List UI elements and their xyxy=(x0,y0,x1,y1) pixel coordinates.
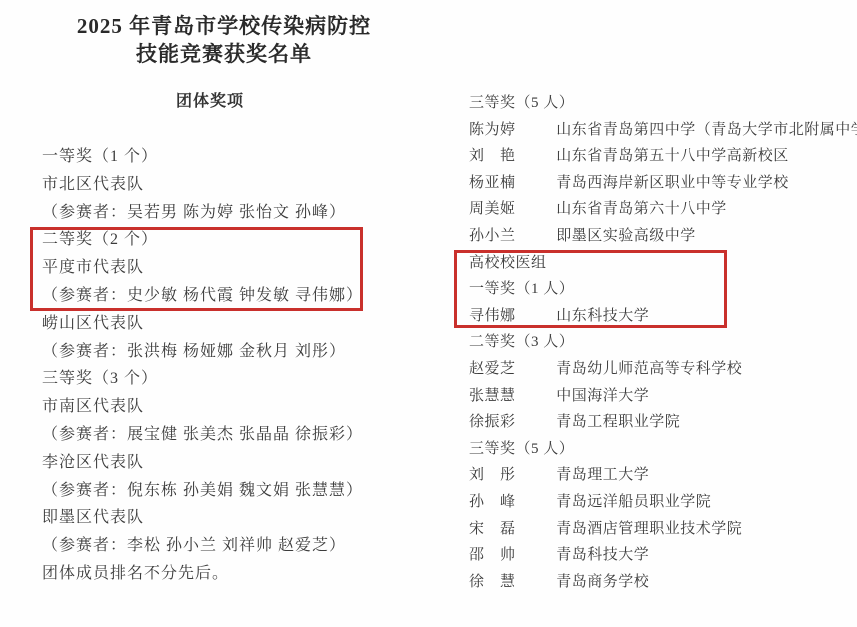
group-awards-column: 一等奖（1 个） 市北区代表队 （参赛者：吴若男 陈为婷 张怡文 孙峰） 二等奖… xyxy=(42,143,442,588)
team-line: 即墨区代表队 xyxy=(42,504,442,532)
winner-name: 徐振彩 xyxy=(469,409,552,436)
winner-name: 孙 峰 xyxy=(469,489,552,516)
winner-school: 青岛酒店管理职业技术学院 xyxy=(556,521,742,537)
winner-name: 刘 艳 xyxy=(469,143,552,170)
document-title-line1: 2025 年青岛市学校传染病防控 xyxy=(0,12,448,40)
award-tier-line: 一等奖（1 人） xyxy=(469,276,857,303)
document-page: 2025 年青岛市学校传染病防控 技能竞赛获奖名单 团体奖项 一等奖（1 个） … xyxy=(0,0,857,627)
winner-row: 邵 帅 青岛科技大学 xyxy=(469,542,857,569)
winner-row: 徐振彩 青岛工程职业学院 xyxy=(469,409,857,436)
winner-school: 青岛理工大学 xyxy=(556,467,649,483)
winner-name: 张慧慧 xyxy=(469,383,552,410)
award-tier-line: 二等奖（3 人） xyxy=(469,329,857,356)
winner-name: 陈为婷 xyxy=(469,117,552,144)
winner-row: 孙 峰 青岛远洋船员职业学院 xyxy=(469,489,857,516)
winner-school: 即墨区实验高级中学 xyxy=(556,228,696,244)
document-title-line2: 技能竞赛获奖名单 xyxy=(0,40,448,68)
winner-school: 山东省青岛第五十八中学高新校区 xyxy=(556,148,789,164)
winner-row: 张慧慧 中国海洋大学 xyxy=(469,383,857,410)
team-line: 崂山区代表队 xyxy=(42,310,442,338)
individual-awards-column: 三等奖（5 人） 陈为婷 山东省青岛第四中学（青岛大学市北附属中学） 刘 艳 山… xyxy=(469,90,857,595)
award-tier-line: 三等奖（3 个） xyxy=(42,365,442,393)
winner-row: 周美姬 山东省青岛第六十八中学 xyxy=(469,196,857,223)
award-tier-line: 二等奖（2 个） xyxy=(42,226,442,254)
winner-row: 宋 磊 青岛酒店管理职业技术学院 xyxy=(469,516,857,543)
group-awards-header: 团体奖项 xyxy=(42,88,378,111)
winner-school: 青岛商务学校 xyxy=(556,574,649,590)
team-line: 平度市代表队 xyxy=(42,254,442,282)
footnote-line: 团体成员排名不分先后。 xyxy=(42,560,442,588)
winner-row: 杨亚楠 青岛西海岸新区职业中等专业学校 xyxy=(469,170,857,197)
winner-row: 徐 慧 青岛商务学校 xyxy=(469,569,857,596)
winner-school: 青岛远洋船员职业学院 xyxy=(556,494,711,510)
winner-row: 赵爱芝 青岛幼儿师范高等专科学校 xyxy=(469,356,857,383)
winner-school: 青岛工程职业学院 xyxy=(556,414,680,430)
winner-row: 孙小兰 即墨区实验高级中学 xyxy=(469,223,857,250)
award-tier-line: 一等奖（1 个） xyxy=(42,143,442,171)
winner-name: 周美姬 xyxy=(469,196,552,223)
winner-row: 陈为婷 山东省青岛第四中学（青岛大学市北附属中学） xyxy=(469,117,857,144)
winner-name: 徐 慧 xyxy=(469,569,552,596)
winner-school: 青岛科技大学 xyxy=(556,547,649,563)
college-group-header: 高校校医组 xyxy=(469,250,857,277)
winner-school: 青岛幼儿师范高等专科学校 xyxy=(556,361,742,377)
award-tier-line: 三等奖（5 人） xyxy=(469,90,857,117)
participants-line: （参赛者：史少敏 杨代霞 钟发敏 寻伟娜） xyxy=(42,282,442,310)
participants-line: （参赛者：吴若男 陈为婷 张怡文 孙峰） xyxy=(42,199,442,227)
winner-row: 刘 彤 青岛理工大学 xyxy=(469,462,857,489)
winner-name: 赵爱芝 xyxy=(469,356,552,383)
winner-row: 寻伟娜 山东科技大学 xyxy=(469,303,857,330)
winner-name: 孙小兰 xyxy=(469,223,552,250)
winner-school: 青岛西海岸新区职业中等专业学校 xyxy=(556,175,789,191)
team-line: 市北区代表队 xyxy=(42,171,442,199)
participants-line: （参赛者：展宝健 张美杰 张晶晶 徐振彩） xyxy=(42,421,442,449)
document-title: 2025 年青岛市学校传染病防控 技能竞赛获奖名单 xyxy=(0,12,448,68)
team-line: 市南区代表队 xyxy=(42,393,442,421)
participants-line: （参赛者：倪东栋 孙美娟 魏文娟 张慧慧） xyxy=(42,477,442,505)
winner-name: 杨亚楠 xyxy=(469,170,552,197)
winner-name: 宋 磊 xyxy=(469,516,552,543)
winner-name: 寻伟娜 xyxy=(469,303,552,330)
winner-name: 邵 帅 xyxy=(469,542,552,569)
participants-line: （参赛者：李松 孙小兰 刘祥帅 赵爱芝） xyxy=(42,532,442,560)
participants-line: （参赛者：张洪梅 杨娅娜 金秋月 刘彤） xyxy=(42,338,442,366)
winner-school: 中国海洋大学 xyxy=(556,388,649,404)
winner-school: 山东科技大学 xyxy=(556,308,649,324)
winner-row: 刘 艳 山东省青岛第五十八中学高新校区 xyxy=(469,143,857,170)
winner-name: 刘 彤 xyxy=(469,462,552,489)
team-line: 李沧区代表队 xyxy=(42,449,442,477)
winner-school: 山东省青岛第四中学（青岛大学市北附属中学） xyxy=(556,122,857,138)
award-tier-line: 三等奖（5 人） xyxy=(469,436,857,463)
winner-school: 山东省青岛第六十八中学 xyxy=(556,201,727,217)
